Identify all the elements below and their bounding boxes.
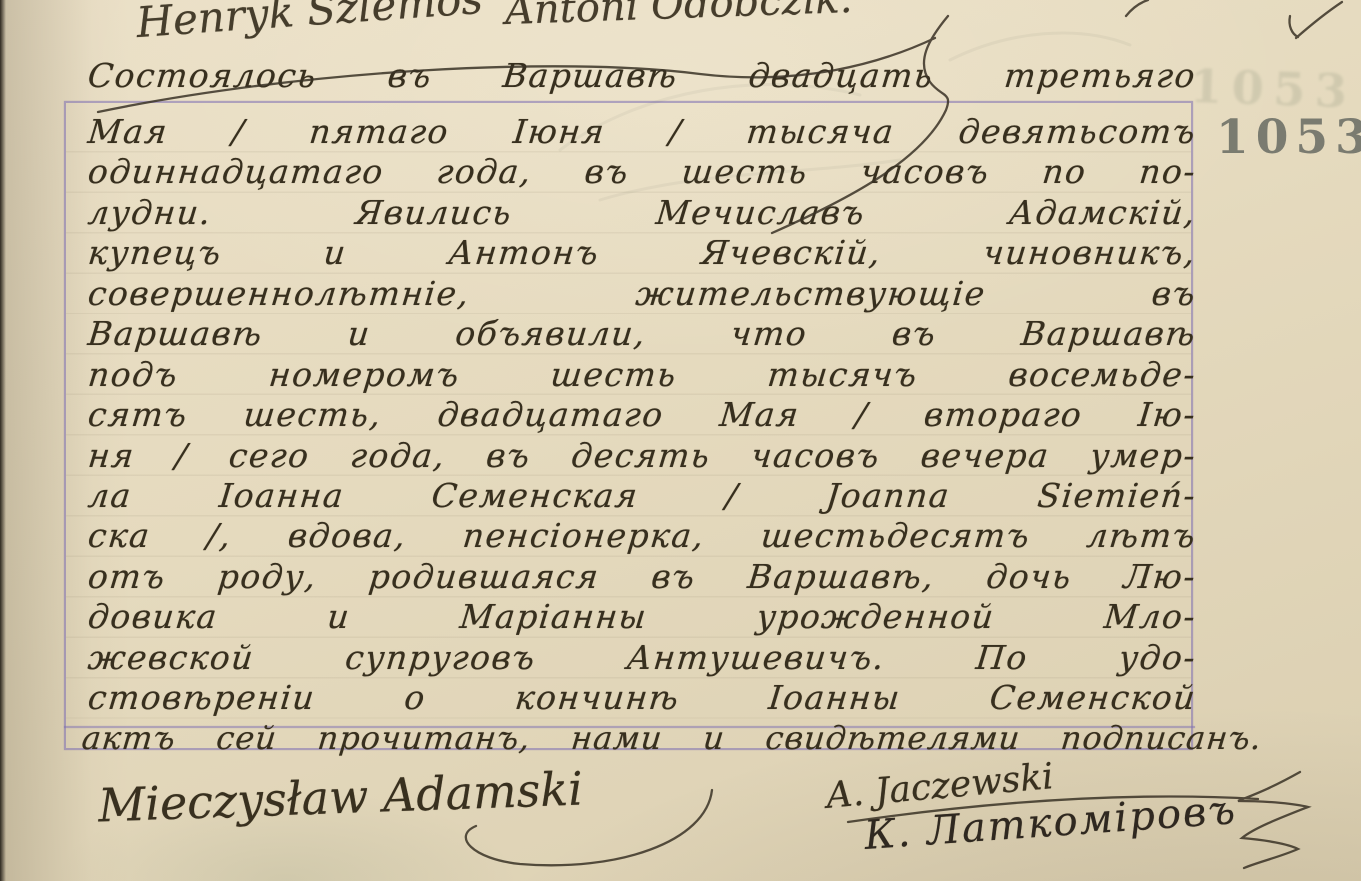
record-body: Мая / пятаго Іюня / тысяча девятьсотъ од… xyxy=(86,112,1194,719)
record-line: Варшавѣ и объявили, что въ Варшавѣ xyxy=(86,314,1198,354)
record-line-closing: актъ сей прочитанъ, нами и свидѣтелями п… xyxy=(80,719,1264,757)
record-line: ска /, вдова, пенсіонерка, шестьдесятъ л… xyxy=(86,516,1198,556)
top-edge-stroke xyxy=(1126,0,1148,16)
record-line: довика и Маріанны урожденной Мло- xyxy=(86,597,1198,637)
record-line: ла Іоанна Семенская / Joanna Siemień- xyxy=(86,476,1198,516)
registrar-zigzag-tail xyxy=(1238,772,1308,868)
record-line: подъ номеромъ шесть тысячъ восемьде- xyxy=(86,355,1198,395)
header-signature-right: Antoni Odobczik. xyxy=(504,0,853,34)
scanned-document-page: Henryk Szlemos Antoni Odobczik. 1053 105… xyxy=(0,0,1361,881)
record-line: ня / сего года, въ десять часовъ вечера … xyxy=(86,436,1198,476)
record-line: купецъ и Антонъ Ячевскій, чиновникъ, xyxy=(86,233,1198,273)
record-line: одиннадцатаго года, въ шесть часовъ по п… xyxy=(86,152,1198,192)
record-line: совершеннолѣтніе, жительствующіе въ xyxy=(86,274,1198,314)
record-line: лудни. Явились Мечиславъ Адамскій, xyxy=(86,193,1198,233)
corner-pen-stroke xyxy=(1296,2,1342,38)
record-line: Состоялось въ Варшавѣ двадцать третьяго xyxy=(86,56,1198,95)
corner-pen-hook xyxy=(1289,16,1298,37)
record-line: стовѣреніи о кончинѣ Іоанны Семенской xyxy=(86,678,1198,718)
record-line: отъ роду, родившаяся въ Варшавѣ, дочь Лю… xyxy=(86,557,1198,597)
record-line: Мая / пятаго Іюня / тысяча девятьсотъ xyxy=(86,112,1198,152)
header-signature-left: Henryk Szlemos xyxy=(135,0,485,47)
witness-signature-adamski: Mieczysław Adamski xyxy=(97,762,583,833)
record-number-stamp: 1053 xyxy=(1216,110,1361,165)
record-line: сятъ шесть, двадцатаго Мая / втораго Ію- xyxy=(86,395,1198,435)
record-line: жевской супруговъ Антушевичъ. По удо- xyxy=(86,638,1198,678)
